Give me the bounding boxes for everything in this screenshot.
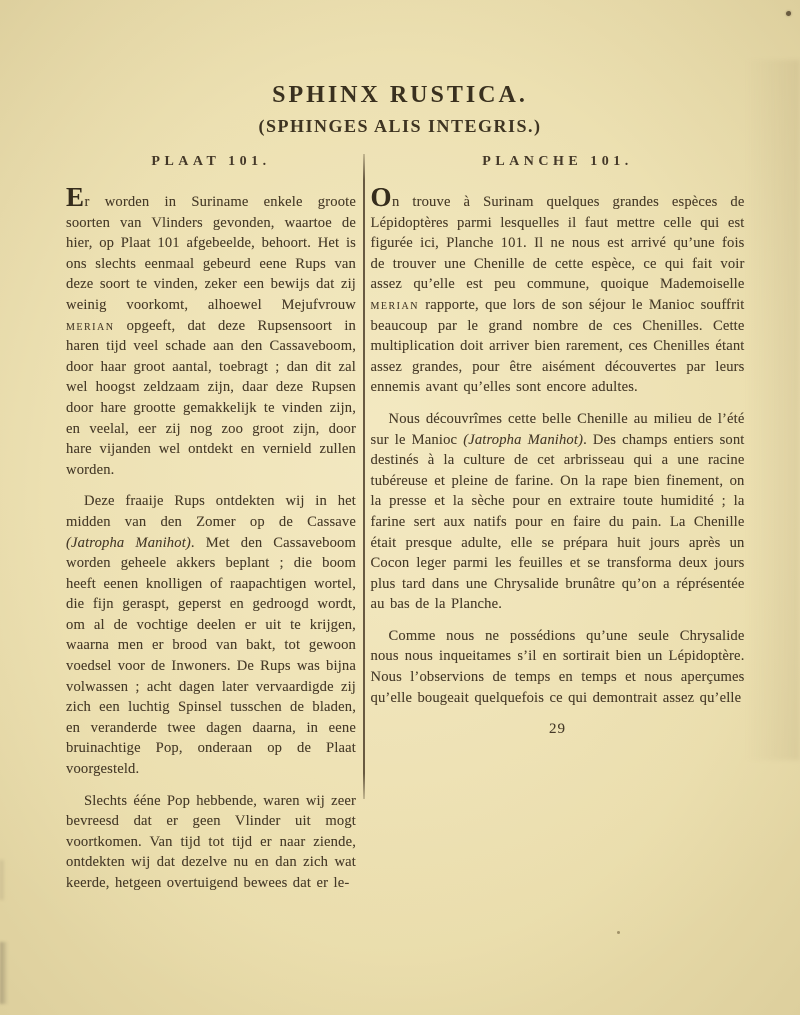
page-number: 29 bbox=[371, 721, 745, 738]
page-title: SPHINX RUSTICA. bbox=[0, 82, 800, 109]
page-subtitle: (SPHINGES ALIS INTEGRIS.) bbox=[0, 116, 800, 137]
paragraph: On trouve à Surinam quelques grandes esp… bbox=[371, 184, 745, 398]
drop-cap: O bbox=[371, 182, 393, 212]
left-column-paragraphs: Er worden in Suriname enkele groote soor… bbox=[66, 184, 356, 894]
column-divider-rule bbox=[363, 154, 365, 799]
right-column-french: PLANCHE 101. On trouve à Surinam quelque… bbox=[371, 154, 745, 738]
text-segment: . Met den Cassaveboom worden geheele akk… bbox=[66, 535, 356, 778]
text-segment: (Jatropha Manihot) bbox=[66, 535, 191, 551]
text-segment: (Jatropha Manihot) bbox=[463, 432, 583, 448]
ink-speck bbox=[786, 11, 791, 16]
paragraph: Comme nous ne possédions qu’une seule Ch… bbox=[371, 626, 745, 708]
paragraph: Er worden in Suriname enkele groote soor… bbox=[66, 184, 356, 480]
page: SPHINX RUSTICA. (SPHINGES ALIS INTEGRIS.… bbox=[0, 0, 800, 1015]
left-column-dutch: PLAAT 101. Er worden in Suriname enkele … bbox=[66, 154, 356, 894]
text-segment: rapporte, que lors de son séjour le Mani… bbox=[371, 297, 745, 395]
paragraph: Slechts ééne Pop hebbende, waren wij zee… bbox=[66, 791, 356, 894]
drop-cap: E bbox=[66, 182, 85, 212]
text-segment: merian bbox=[371, 297, 419, 313]
two-column-text: PLAAT 101. Er worden in Suriname enkele … bbox=[66, 154, 744, 894]
text-segment: . Des champs entiers sont destinés à la … bbox=[371, 432, 745, 613]
ink-speck bbox=[617, 931, 620, 934]
paper-stain bbox=[745, 60, 800, 760]
right-column-heading: PLANCHE 101. bbox=[371, 154, 745, 170]
text-segment: r worden in Suriname enkele groote soort… bbox=[66, 194, 356, 313]
text-segment: Comme nous ne possédions qu’une seule Ch… bbox=[371, 628, 745, 706]
paper-smudge bbox=[0, 860, 5, 900]
paragraph: Deze fraaije Rups ontdekten wij in het m… bbox=[66, 491, 356, 779]
left-column-heading: PLAAT 101. bbox=[66, 154, 356, 170]
right-column-paragraphs: On trouve à Surinam quelques grandes esp… bbox=[371, 184, 745, 708]
scanned-book-page: { "page": { "title": "SPHINX RUSTICA.", … bbox=[0, 0, 800, 1015]
text-segment: merian bbox=[66, 318, 114, 334]
text-segment: Slechts ééne Pop hebbende, waren wij zee… bbox=[66, 793, 356, 891]
text-segment: n trouve à Surinam quelques grandes espè… bbox=[371, 194, 745, 292]
text-segment: Deze fraaije Rups ontdekten wij in het m… bbox=[66, 493, 356, 530]
text-segment: opgeeft, dat deze Rupsensoort in haren t… bbox=[66, 318, 356, 478]
paragraph: Nous découvrîmes cette belle Chenille au… bbox=[371, 409, 745, 615]
paper-smudge bbox=[0, 942, 8, 1004]
